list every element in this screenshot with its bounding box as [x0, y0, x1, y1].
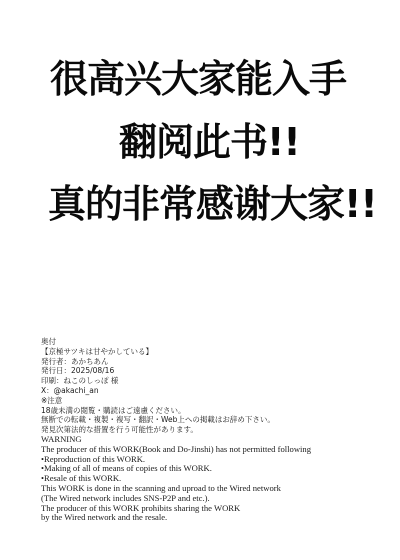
- headline-line-1: 很高兴大家能入手: [50, 54, 400, 104]
- printer: 印刷：ねこのしっぽ 様: [41, 376, 381, 386]
- x-account: X：@akachi_an: [41, 386, 381, 396]
- headline-line-2: 翻阅此书!!: [119, 117, 400, 167]
- headline-line-3: 真的非常感谢大家!!: [48, 179, 400, 229]
- notice-line: 無断での転載・複製・複写・翻訳・Web上への掲載はお辞め下さい。: [41, 415, 381, 425]
- publish-date: 発行日：2025/08/16: [41, 366, 381, 376]
- colophon-block: 奥付 【京極サツキは甘やかしている】 発行者：あかちあん 発行日：2025/08…: [41, 337, 381, 523]
- notice-line: 発見次第法的な措置を行う可能性があります。: [41, 425, 381, 435]
- notice-line: 18歳未満の閲覧・購読はご遠慮ください。: [41, 406, 381, 416]
- book-title: 【京極サツキは甘やかしている】: [41, 347, 381, 357]
- warning-line: by the Wired network and the resale.: [41, 513, 381, 523]
- notice-heading: ※注意: [41, 396, 381, 406]
- publisher: 発行者：あかちあん: [41, 357, 381, 367]
- colophon-heading: 奥付: [41, 337, 381, 347]
